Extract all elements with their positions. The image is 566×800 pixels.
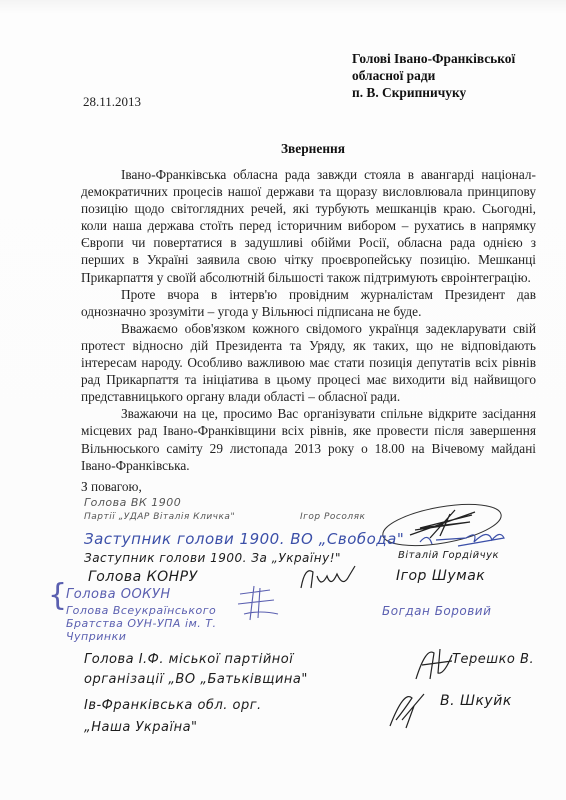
- signature-scribble-icon: [384, 690, 434, 730]
- closing-phrase: З повагою,: [81, 479, 142, 495]
- document-body: Івано-Франківська обласна рада завжди ст…: [81, 166, 536, 474]
- addressee-line: Голові Івано-Франківської: [352, 50, 515, 67]
- body-paragraph: Вважаємо обов'язком кожного свідомого ук…: [81, 320, 536, 405]
- document-page: Голові Івано-Франківської обласної ради …: [0, 0, 566, 800]
- handwritten-line: Партії „УДАР Віталія Кличка": [84, 512, 235, 522]
- handwritten-line: Терешко В.: [452, 652, 534, 667]
- signature-scribble-icon: [418, 528, 508, 552]
- document-title: Звернення: [0, 141, 566, 157]
- handwritten-line: Богдан Боровий: [382, 604, 491, 618]
- handwritten-line: Ігор Шумак: [396, 568, 485, 584]
- handwritten-line: В. Шкуйк: [440, 693, 512, 709]
- handwritten-line: Віталій Гордійчук: [398, 550, 499, 561]
- handwritten-line: Голова Всеукраїнського Братства ОУН-УПА …: [66, 604, 266, 643]
- handwritten-line: Ігор Росоляк: [300, 512, 365, 522]
- handwritten-line: Голова КОНРУ: [88, 569, 198, 585]
- bracket-mark: {: [48, 578, 68, 613]
- addressee-line: п. В. Скрипничуку: [352, 84, 515, 101]
- handwritten-line: Голова І.Ф. міської партійної організаці…: [84, 650, 324, 690]
- signature-scribble-icon: [295, 562, 365, 592]
- addressee-line: обласної ради: [352, 67, 515, 84]
- body-paragraph: Івано-Франківська обласна рада завжди ст…: [81, 166, 536, 286]
- handwritten-line: Голова ООКУН: [66, 587, 171, 602]
- body-paragraph: Зважаючи на це, просимо Вас організувати…: [81, 405, 536, 473]
- addressee-block: Голові Івано-Франківської обласної ради …: [352, 50, 515, 101]
- handwritten-line: Заступник голови 1900. ВО „Свобода": [84, 530, 404, 548]
- document-date: 28.11.2013: [83, 94, 141, 110]
- body-paragraph: Проте вчора в інтерв'ю провідним журналі…: [81, 286, 536, 320]
- handwritten-line: Ів-Франківська обл. орг. „Наша Україна": [84, 695, 304, 739]
- handwritten-line: Голова ВК 1900: [84, 496, 181, 509]
